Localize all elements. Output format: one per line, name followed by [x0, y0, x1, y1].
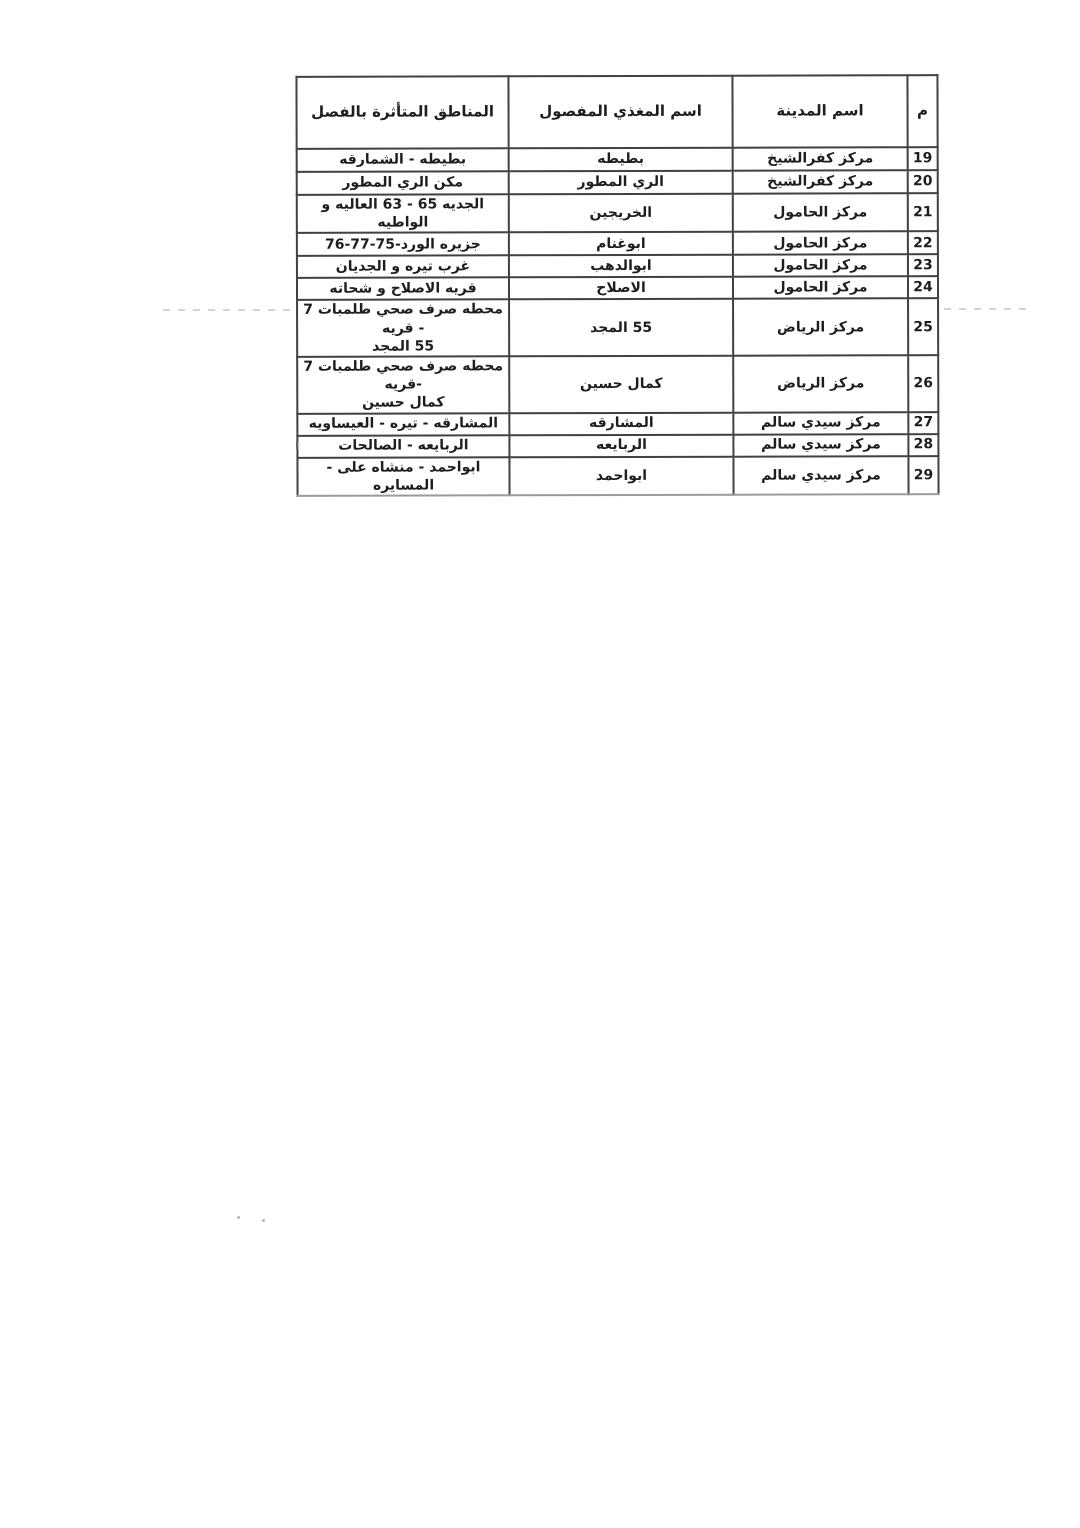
scanned-document-page: م اسم المدينة اسم المغذي المفصول المناطق…: [0, 0, 1080, 1528]
cell-city: مركز الحامول: [733, 255, 908, 277]
cell-city: مركز كفرالشيخ: [733, 147, 908, 170]
cell-num: 27: [908, 412, 938, 434]
cell-feeder: ابوغنام: [509, 232, 733, 256]
cell-city: مركز سيدي سالم: [733, 456, 908, 495]
cell-city: مركز سيدي سالم: [733, 434, 908, 456]
table-row: 29 مركز سيدي سالم ابواحمد ابواحمد - منشا…: [297, 456, 938, 496]
scan-speck: [237, 1216, 240, 1219]
cell-city: مركز الرياض: [733, 299, 908, 356]
cell-feeder: الاصلاح: [509, 277, 733, 300]
table-row: 27 مركز سيدي سالم المشارقه المشارقه - تي…: [297, 412, 938, 436]
scan-streak-right: [944, 308, 1034, 310]
cell-num: 22: [908, 232, 938, 255]
table-row: 24 مركز الحامول الاصلاح قريه الاصلاح و ش…: [297, 277, 938, 301]
cell-areas: المشارقه - تيره - العيساويه: [297, 413, 509, 436]
table-row: 21 مركز الحامول الخريجين الجديه 65 - 63 …: [297, 193, 938, 233]
cell-feeder: ابواحمد: [509, 456, 733, 495]
cell-feeder: كمال حسين: [509, 356, 733, 413]
cell-city: مركز الحامول: [733, 277, 908, 299]
outage-table: م اسم المدينة اسم المغذي المفصول المناطق…: [295, 74, 939, 497]
cell-num: 29: [908, 456, 938, 494]
cell-areas: الجديه 65 - 63 العاليه و الواطيه: [297, 194, 509, 233]
header-num: م: [907, 75, 937, 147]
cell-feeder: ابوالدهب: [509, 255, 733, 278]
cell-city: مركز الرياض: [733, 355, 908, 412]
cell-areas: الربايعه - الصالحات: [297, 435, 509, 458]
cell-areas: مكن الري المطور: [297, 171, 509, 195]
cell-city: مركز سيدي سالم: [733, 412, 908, 434]
cell-areas: غرب تيره و الجديان: [297, 256, 509, 279]
cell-areas: محطه صرف صحي طلمبات 7 -قريه كمال حسين: [297, 356, 509, 413]
cell-city: مركز الحامول: [733, 232, 908, 255]
cell-num: 24: [908, 277, 938, 299]
cell-areas: ابواحمد - منشاه على - المسايره: [297, 457, 509, 496]
cell-num: 23: [908, 255, 938, 277]
cell-num: 21: [908, 193, 938, 231]
cell-num: 19: [908, 147, 938, 170]
cell-feeder: الخريجين: [509, 194, 733, 233]
table-row: 22 مركز الحامول ابوغنام جزيره الورد-75-7…: [297, 232, 938, 257]
scan-streak-left: [163, 309, 291, 311]
table-row: 26 مركز الرياض كمال حسين محطه صرف صحي طل…: [297, 355, 938, 413]
cell-city: مركز كفرالشيخ: [733, 170, 908, 193]
table-row: 25 مركز الرياض 55 المجد محطه صرف صحي طلم…: [297, 299, 938, 357]
scan-speck: [262, 1219, 265, 1222]
table-row: 20 مركز كفرالشيخ الري المطور مكن الري ال…: [297, 170, 938, 195]
table-row: 23 مركز الحامول ابوالدهب غرب تيره و الجد…: [297, 255, 938, 279]
cell-num: 20: [908, 170, 938, 193]
table-row: 19 مركز كفرالشيخ بطيطه بطيطه - الشمارقه: [297, 147, 938, 172]
cell-feeder: بطيطه: [509, 148, 733, 172]
cell-areas: محطه صرف صحي طلمبات 7 - قريه 55 المجد: [297, 300, 509, 357]
cell-num: 25: [908, 299, 938, 356]
cell-areas: قريه الاصلاح و شحاته: [297, 278, 509, 301]
cell-feeder: المشارقه: [509, 412, 733, 435]
table-header-row: م اسم المدينة اسم المغذي المفصول المناطق…: [296, 75, 937, 149]
cell-num: 26: [908, 355, 938, 412]
header-feeder: اسم المغذي المفصول: [508, 76, 732, 149]
cell-city: مركز الحامول: [733, 193, 908, 232]
cell-feeder: الربايعه: [509, 434, 733, 457]
cell-areas: جزيره الورد-75-77-76: [297, 233, 509, 257]
table-row: 28 مركز سيدي سالم الربايعه الربايعه - ال…: [297, 434, 938, 458]
cell-areas: بطيطه - الشمارقه: [297, 148, 509, 172]
header-city: اسم المدينة: [732, 75, 907, 147]
cell-feeder: 55 المجد: [509, 299, 733, 356]
cell-feeder: الري المطور: [509, 171, 733, 195]
cell-num: 28: [908, 434, 938, 456]
header-areas: المناطق المتأثرة بالفصل: [296, 76, 508, 149]
